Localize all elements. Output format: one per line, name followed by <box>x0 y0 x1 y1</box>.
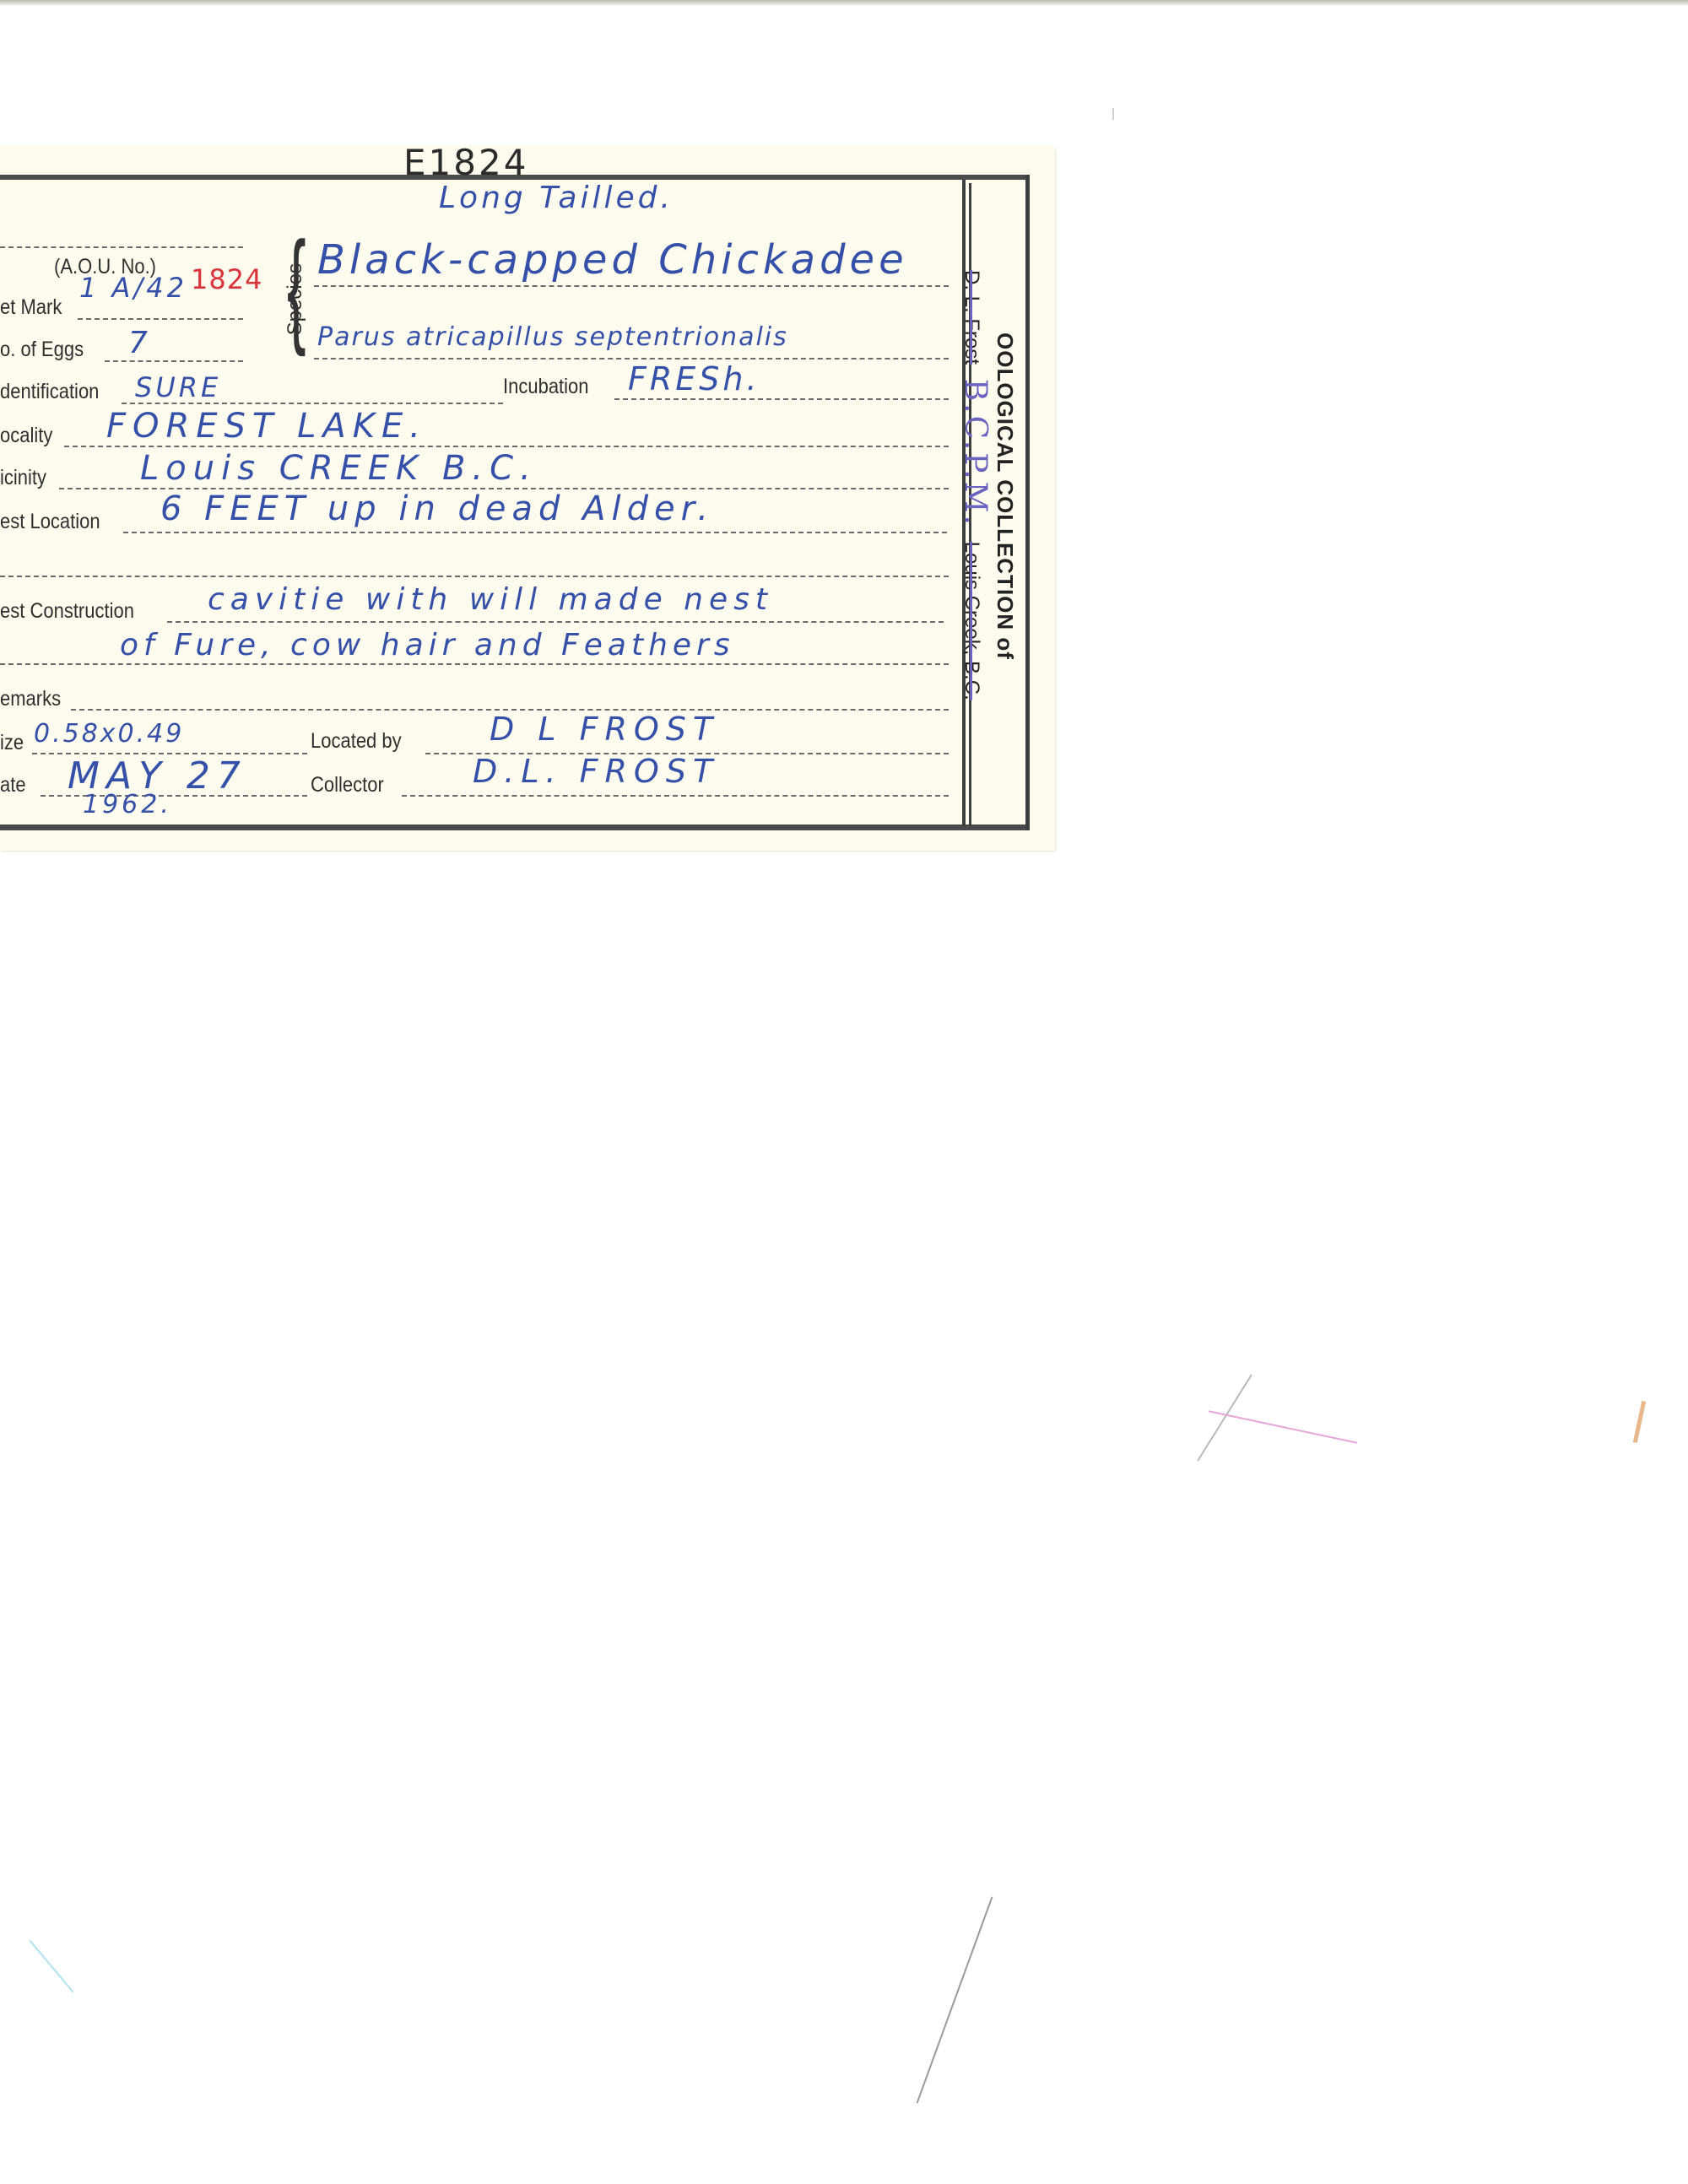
collection-owner-line: D. L. Frost B.C.P.M. Louis Creek, B.C. <box>958 270 993 700</box>
set-mark-line <box>78 318 243 320</box>
incubation-line <box>614 398 949 400</box>
nest-location-label: est Location <box>0 510 100 534</box>
incubation-value: FRESh. <box>628 360 760 397</box>
no-of-eggs-line <box>105 360 243 362</box>
collection-title: OOLOGICAL COLLECTION of <box>992 332 1018 660</box>
locality-label: ocality <box>0 424 52 448</box>
right-frame-rule <box>1025 175 1030 830</box>
scan-artifact <box>1633 1401 1646 1443</box>
collector-label: Collector <box>311 773 384 797</box>
set-mark-label: et Mark <box>0 295 62 320</box>
aou-number-value: 1824 <box>191 263 262 295</box>
no-of-eggs-label: o. of Eggs <box>0 338 84 362</box>
collection-location: Louis Creek, B.C. <box>960 542 983 700</box>
collection-title-text: OOLOGICAL COLLECTION of <box>993 332 1018 660</box>
nest-location-value: 6 FEET up in dead Alder. <box>160 489 714 528</box>
bottom-rule <box>0 824 1030 830</box>
scan-artifact <box>30 1940 74 1993</box>
locality-line <box>64 446 949 447</box>
nest-location-line <box>123 532 947 533</box>
nest-construction-label: est Construction <box>0 599 134 624</box>
located-by-value: D L FROST <box>490 711 719 748</box>
catalog-number: E1824 <box>403 142 528 183</box>
scan-artifact <box>1112 108 1114 120</box>
species-common-value: Black-capped Chickadee <box>317 236 908 284</box>
nest-construction-line-2 <box>0 663 949 665</box>
identification-label: dentification <box>0 380 99 404</box>
scan-edge <box>0 0 1688 5</box>
nest-construction-value-2: of Fure, cow hair and Feathers <box>120 628 735 662</box>
locality-value: FOREST LAKE. <box>106 407 427 446</box>
collection-owner-overwrite: B.C.P.M. <box>958 379 993 527</box>
specimen-card: E1824 Long Tailled. (A.O.U. No.) 1824 et… <box>0 145 1055 851</box>
no-of-eggs-value: 7 <box>128 326 151 360</box>
size-value: 0.58x0.49 <box>34 719 184 749</box>
date-value-year: 1962. <box>83 790 172 819</box>
collector-value: D.L. FROST <box>473 753 719 790</box>
incubation-label: Incubation <box>503 375 589 399</box>
collection-owner-printed: D. L. Frost <box>960 270 983 365</box>
scan-artifact <box>1209 1410 1357 1443</box>
nest-construction-line <box>167 621 944 623</box>
vicinity-label: icinity <box>0 466 46 490</box>
identification-value: SURE <box>135 371 221 403</box>
species-scientific-line <box>314 358 949 359</box>
collector-line <box>402 795 949 797</box>
located-by-label: Located by <box>311 729 402 754</box>
scan-artifact <box>917 1896 993 2103</box>
species-scientific-value: Parus atricapillus septentrionalis <box>317 322 788 352</box>
species-common-line <box>314 285 949 287</box>
species-brace: { <box>287 223 306 349</box>
date-label: ate <box>0 773 26 797</box>
blank-line-top <box>0 246 243 248</box>
nest-location-line-2 <box>0 576 949 577</box>
header-note: Long Tailled. <box>439 181 674 215</box>
vicinity-value: Louis CREEK B.C. <box>140 449 538 488</box>
nest-construction-value: cavitie with will made nest <box>208 582 773 617</box>
remarks-label: emarks <box>0 687 61 711</box>
set-mark-value: 1 A/42 <box>79 272 187 304</box>
size-label: ize <box>0 731 24 755</box>
